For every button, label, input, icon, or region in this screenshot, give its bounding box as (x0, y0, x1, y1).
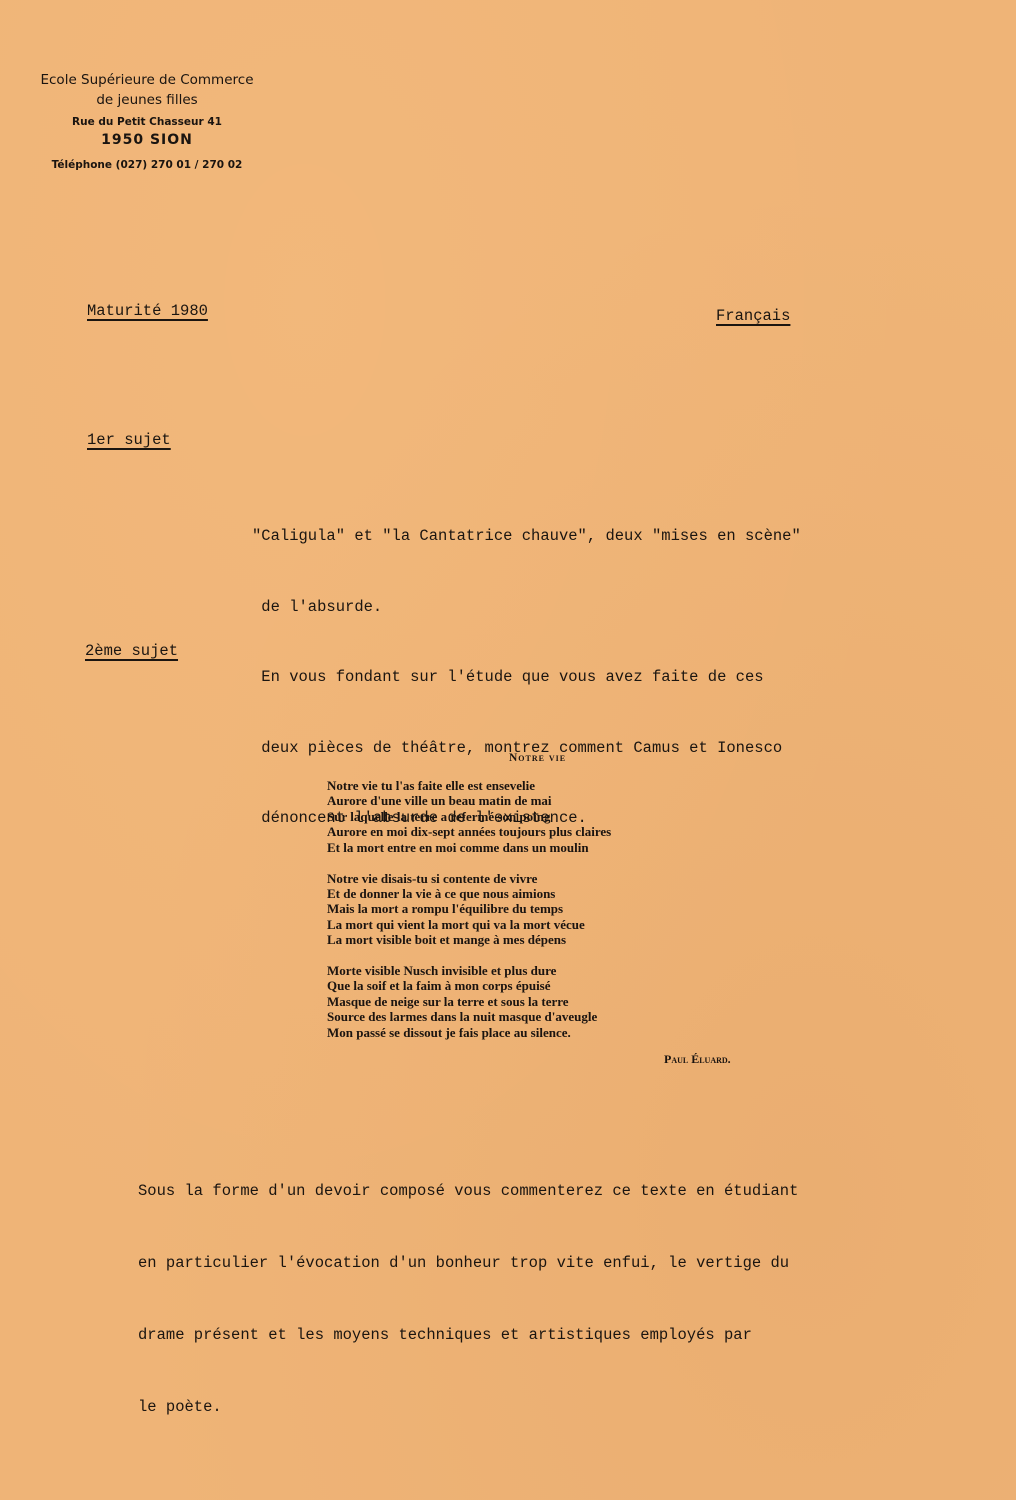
poem-verse: Et la mort entre en moi comme dans un mo… (327, 840, 767, 855)
poem-verse: Masque de neige sur la terre et sous la … (327, 994, 767, 1009)
sujet1-line: En vous fondant sur l'étude que vous ave… (252, 666, 801, 690)
poem: Notre vie Notre vie tu l'as faite elle e… (327, 752, 767, 1056)
exam-title: Maturité 1980 (87, 302, 208, 320)
poem-title: Notre vie (509, 752, 767, 764)
exam-page: Ecole Supérieure de Commerce de jeunes f… (0, 0, 1016, 1500)
poem-verse: La mort visible boit et mange à mes dépe… (327, 932, 767, 947)
poem-verse: Notre vie tu l'as faite elle est ensevel… (327, 778, 767, 793)
poem-verse: Source des larmes dans la nuit masque d'… (327, 1009, 767, 1024)
poem-verse: Et de donner la vie à ce que nous aimion… (327, 886, 767, 901)
poem-author: Paul Éluard. (664, 1052, 731, 1067)
poem-stanza-1: Notre vie tu l'as faite elle est ensevel… (327, 778, 767, 855)
school-city: 1950 SION (22, 130, 272, 150)
poem-verse: Mon passé se dissout je fais place au si… (327, 1025, 767, 1040)
school-name: Ecole Supérieure de Commerce (22, 70, 272, 90)
school-name-subtitle: de jeunes filles (22, 90, 272, 110)
exam-subject: Français (716, 307, 790, 325)
instruction-line: drame présent et les moyens techniques e… (138, 1323, 798, 1347)
poem-stanza-3: Morte visible Nusch invisible et plus du… (327, 963, 767, 1040)
poem-verse: Sur laquelle la terre a refermé son poin… (327, 809, 767, 824)
sujet1-line: de l'absurde. (252, 596, 801, 620)
poem-verse: Notre vie disais-tu si contente de vivre (327, 871, 767, 886)
poem-verse: Morte visible Nusch invisible et plus du… (327, 963, 767, 978)
sujet2-heading: 2ème sujet (85, 642, 178, 660)
instruction-line: le poète. (138, 1395, 798, 1419)
poem-verse: Aurore en moi dix-sept années toujours p… (327, 824, 767, 839)
poem-verse: Mais la mort a rompu l'équilibre du temp… (327, 901, 767, 916)
sujet1-line: "Caligula" et "la Cantatrice chauve", de… (252, 525, 801, 549)
instruction-line: Sous la forme d'un devoir composé vous c… (138, 1179, 798, 1203)
instruction-line: en particulier l'évocation d'un bonheur … (138, 1251, 798, 1275)
poem-verse: La mort qui vient la mort qui va la mort… (327, 917, 767, 932)
poem-stanza-2: Notre vie disais-tu si contente de vivre… (327, 871, 767, 948)
school-street: Rue du Petit Chasseur 41 (22, 114, 272, 130)
school-phone: Téléphone (027) 270 01 / 270 02 (22, 157, 272, 173)
letterhead: Ecole Supérieure de Commerce de jeunes f… (22, 70, 272, 173)
sujet2-instructions: Sous la forme d'un devoir composé vous c… (138, 1131, 798, 1467)
poem-verse: Aurore d'une ville un beau matin de mai (327, 793, 767, 808)
poem-verse: Que la soif et la faim à mon corps épuis… (327, 978, 767, 993)
sujet1-heading: 1er sujet (87, 431, 171, 449)
